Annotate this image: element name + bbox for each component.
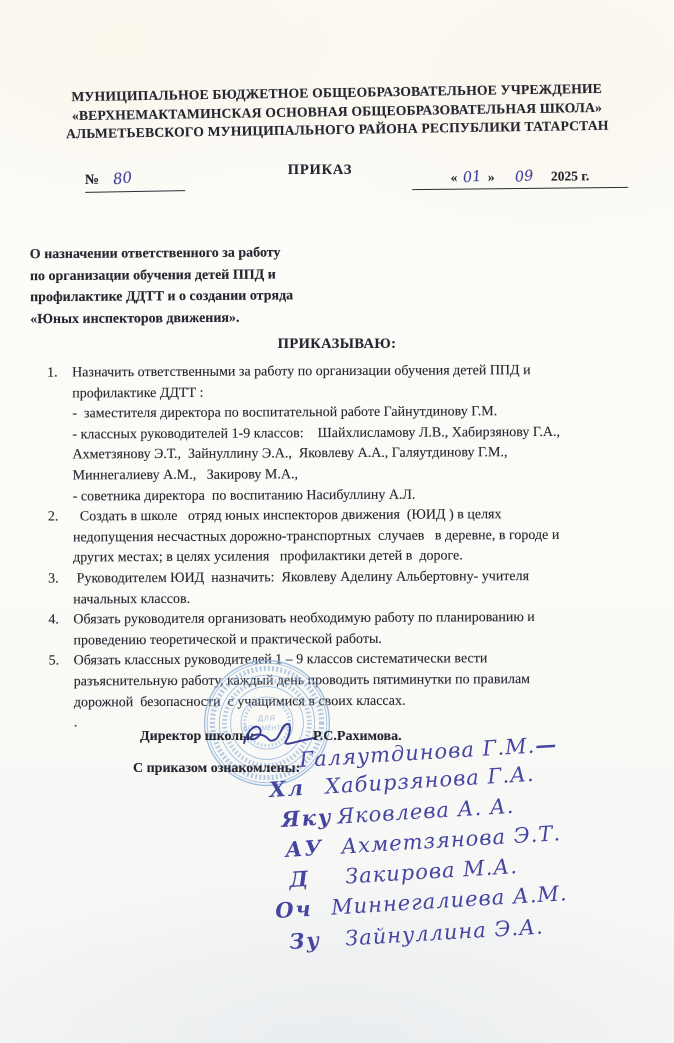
subject-line: по организации обучения детей ППД и [30,263,370,287]
item-line: Обязать классных руководителей 1 – 9 кла… [74,649,645,673]
order-number-handwritten: 80 [112,168,133,188]
signature-scribble: АУ [284,834,341,862]
order-item: 1.Назначить ответственными за работу по … [47,360,644,507]
signature-scribble: Зу [288,926,345,954]
item-line: проведению теоретической и практической … [73,628,644,652]
order-list: 1.Назначить ответственными за работу по … [47,360,645,734]
subject-line: профилактике ДДТТ и о создании отряда [30,285,370,309]
item-number: 4. [48,611,73,652]
item-lines: Обязать руководителя организовать необхо… [73,608,644,652]
item-number: 1. [47,363,73,507]
signature-scribble: Яку [280,804,337,832]
signature-flourish: — [534,731,556,757]
order-item: 5.Обязать классных руководителей 1 – 9 к… [49,649,645,734]
item-lines: Назначить ответственными за работу по ор… [72,360,644,507]
order-date-block: «01»092025 г. [412,168,628,190]
item-number: 5. [49,652,74,735]
date-close-quote: » [488,169,495,184]
item-line: недопущения несчастных дорожно-транспорт… [73,525,644,549]
acknowledgment-signatures: Галяутдинова Г.М. —ХлХабирзянова Г.А.Яку… [288,742,668,954]
signature-name: Зайнуллина Э.А. [344,914,544,950]
item-number: 3. [48,569,73,610]
item-lines: Руководителем ЮИД назначить: Яковлеву Ад… [73,566,644,610]
order-item: 2. Создать в школе отряд юных инспекторо… [48,505,644,570]
item-line: - классных руководителей 1-9 классов: Ша… [72,422,643,446]
director-label: Директор школы: [140,729,255,744]
subject-line: О назначении ответственного за работу [30,242,370,266]
order-item: 4.Обязать руководителя организовать необ… [48,608,644,652]
order-number-block: №80 [85,168,185,193]
signature-scribble: Хл [268,773,325,801]
item-lines: Создать в школе отряд юных инспекторов д… [73,505,644,570]
item-lines: Обязать классных руководителей 1 – 9 кла… [74,649,645,734]
order-number-label: № [85,173,99,188]
item-line: разъяснительную работу, каждый день пров… [74,669,645,693]
item-line: дорожной безопасности с учащимися в свои… [74,690,645,714]
subject-line: «Юных инспекторов движения». [30,306,370,330]
item-number: 2. [48,508,73,570]
date-month-handwritten: 09 [508,168,540,187]
order-subject: О назначении ответственного за работупо … [30,242,371,330]
order-item: 3. Руководителем ЮИД назначить: Яковлеву… [48,566,644,610]
organization-header: МУНИЦИПАЛЬНОЕ БЮДЖЕТНОЕ ОБЩЕОБРАЗОВАТЕЛЬ… [0,79,674,145]
date-day-handwritten: 01 [457,168,489,187]
date-year: 2025 г. [551,168,590,183]
scanned-order-document: МУНИЦИПАЛЬНОЕ БЮДЖЕТНОЕ ОБЩЕОБРАЗОВАТЕЛЬ… [0,0,674,1043]
order-word: ПРИКАЗЫВАЮ: [0,336,674,353]
signature-scribble: Оч [274,895,331,923]
